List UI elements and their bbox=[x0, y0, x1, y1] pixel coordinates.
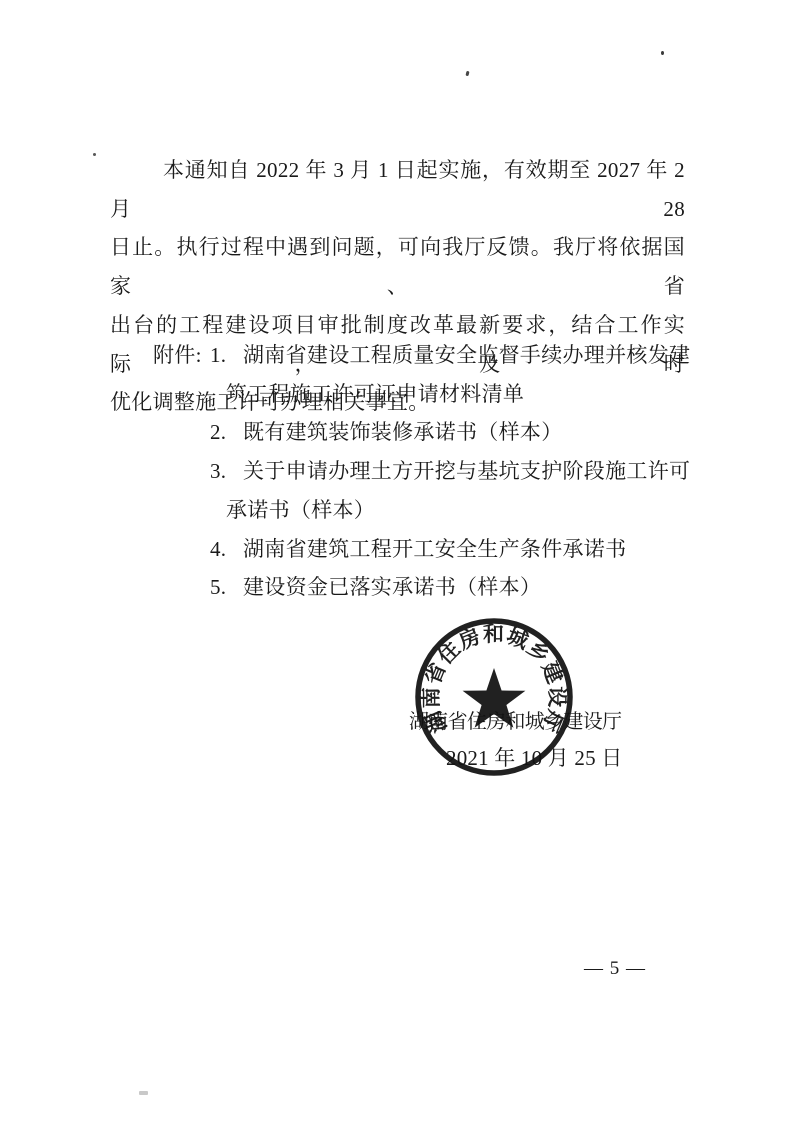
attachment-title: 建设资金已落实承诺书（样本） bbox=[226, 568, 693, 607]
attachment-item: 4. 湖南省建筑工程开工安全生产条件承诺书 bbox=[210, 530, 693, 569]
attachment-title-line: 既有建筑装饰装修承诺书（样本） bbox=[226, 413, 693, 452]
attachment-title-line: 湖南省建筑工程开工安全生产条件承诺书 bbox=[226, 530, 693, 569]
attachment-title: 既有建筑装饰装修承诺书（样本） bbox=[226, 413, 693, 452]
paragraph-line: 日止。执行过程中遇到问题，可向我厅反馈。我厅将依据国家、省 bbox=[110, 228, 685, 305]
attachments-block: 附件: 1. 湖南省建设工程质量安全监督手续办理并核发建 筑工程施工许可证申请材… bbox=[153, 336, 693, 607]
scan-speck bbox=[661, 51, 664, 55]
paragraph-line: 本通知自 2022 年 3 月 1 日起实施，有效期至 2027 年 2 月 2… bbox=[110, 151, 685, 228]
attachment-title: 关于申请办理土方开挖与基坑支护阶段施工许可 承诺书（样本） bbox=[226, 452, 693, 529]
attachments-list: 1. 湖南省建设工程质量安全监督手续办理并核发建 筑工程施工许可证申请材料清单 … bbox=[210, 336, 693, 607]
attachment-title-line: 筑工程施工许可证申请材料清单 bbox=[226, 375, 693, 414]
attachments-label: 附件: bbox=[153, 336, 210, 607]
scan-speck bbox=[465, 71, 469, 77]
scan-speck bbox=[139, 1091, 148, 1095]
attachment-title-line: 湖南省建设工程质量安全监督手续办理并核发建 bbox=[226, 336, 693, 375]
attachment-item: 5. 建设资金已落实承诺书（样本） bbox=[210, 568, 693, 607]
attachment-item: 1. 湖南省建设工程质量安全监督手续办理并核发建 筑工程施工许可证申请材料清单 bbox=[210, 336, 693, 413]
attachment-title-line: 建设资金已落实承诺书（样本） bbox=[226, 568, 693, 607]
page-number: — 5 — bbox=[575, 958, 655, 980]
official-seal-stamp: 湖南省住房和城乡建设厅 bbox=[407, 610, 581, 784]
attachment-title-line: 关于申请办理土方开挖与基坑支护阶段施工许可 bbox=[226, 452, 693, 491]
scan-speck bbox=[93, 153, 96, 156]
attachment-title: 湖南省建设工程质量安全监督手续办理并核发建 筑工程施工许可证申请材料清单 bbox=[226, 336, 693, 413]
document-page: 本通知自 2022 年 3 月 1 日起实施，有效期至 2027 年 2 月 2… bbox=[0, 0, 793, 1122]
attachment-title-line: 承诺书（样本） bbox=[226, 491, 693, 530]
attachment-item: 2. 既有建筑装饰装修承诺书（样本） bbox=[210, 413, 693, 452]
attachment-title: 湖南省建筑工程开工安全生产条件承诺书 bbox=[226, 530, 693, 569]
attachment-item: 3. 关于申请办理土方开挖与基坑支护阶段施工许可 承诺书（样本） bbox=[210, 452, 693, 529]
seal-star-icon bbox=[463, 668, 526, 728]
